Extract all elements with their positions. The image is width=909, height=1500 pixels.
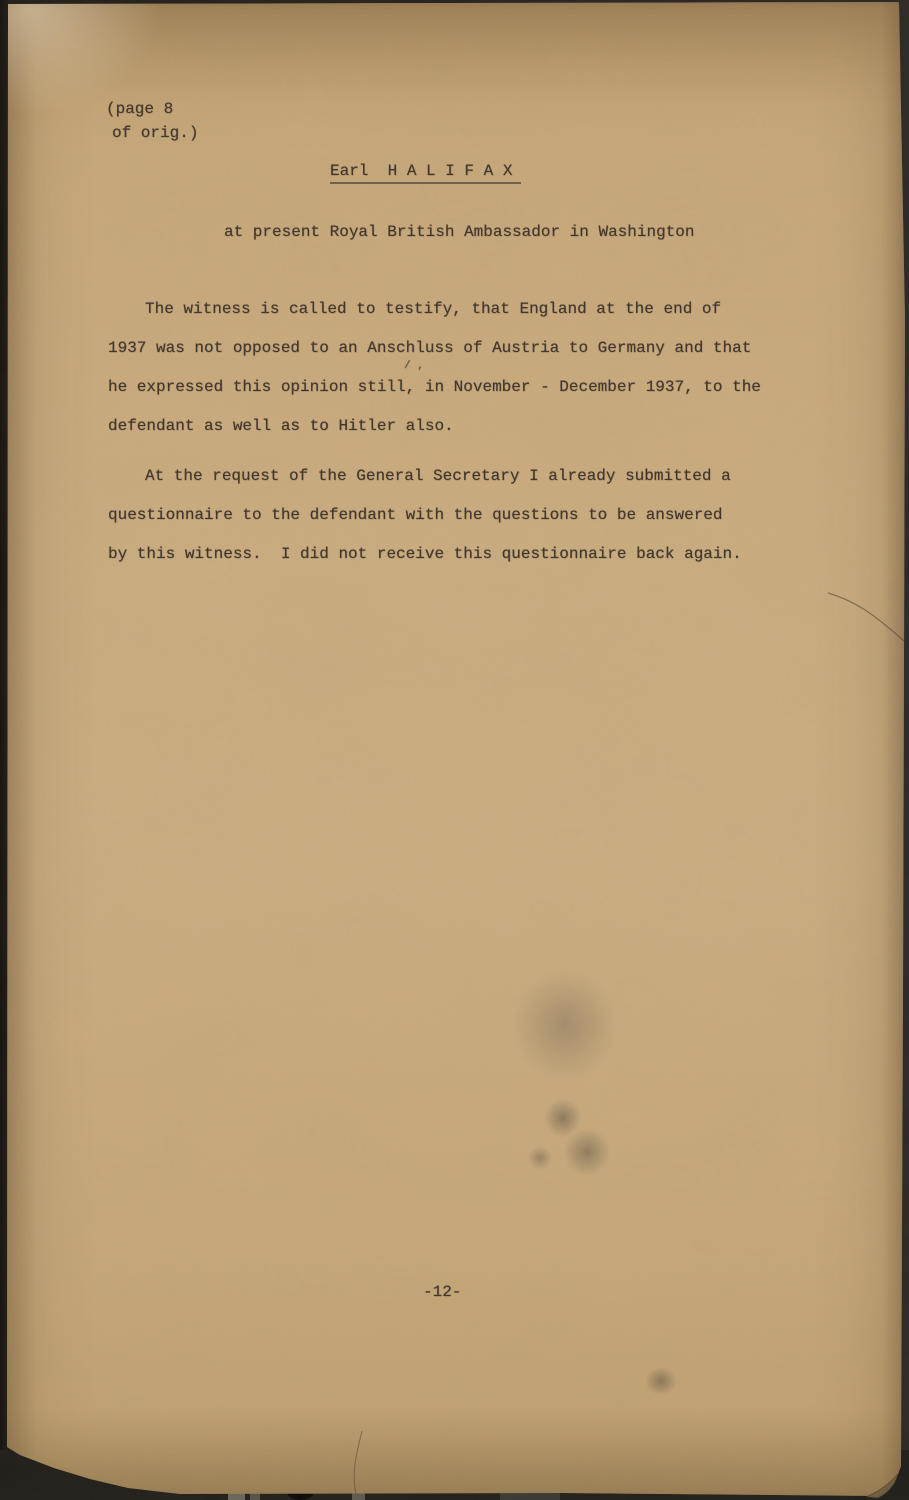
page-note-line-2: of orig.) [112, 123, 198, 143]
document-title: Earl H A L I F A X [330, 161, 521, 181]
text-line: he expressed this opinion still, in Nove… [108, 377, 761, 397]
scanned-document-page: (page 8 of orig.) Earl H A L I F A X at … [0, 0, 909, 1500]
title-text: Earl H A L I F A X [330, 162, 521, 184]
text-line: At the request of the General Secretary … [145, 466, 731, 486]
text-line: questionnaire to the defendant with the … [108, 505, 723, 525]
page-number: -12- [423, 1282, 461, 1302]
page-note-line-1: (page 8 [106, 99, 173, 119]
text-line: defendant as well as to Hitler also. [108, 416, 454, 436]
scanner-debris-bar [500, 1492, 560, 1500]
text-line: The witness is called to testify, that E… [145, 299, 721, 319]
stray-typed-mark: / , [404, 356, 424, 376]
document-subtitle: at present Royal British Ambassador in W… [224, 222, 694, 242]
text-line: 1937 was not opposed to an Anschluss of … [108, 338, 751, 358]
text-line: by this witness. I did not receive this … [108, 544, 742, 564]
